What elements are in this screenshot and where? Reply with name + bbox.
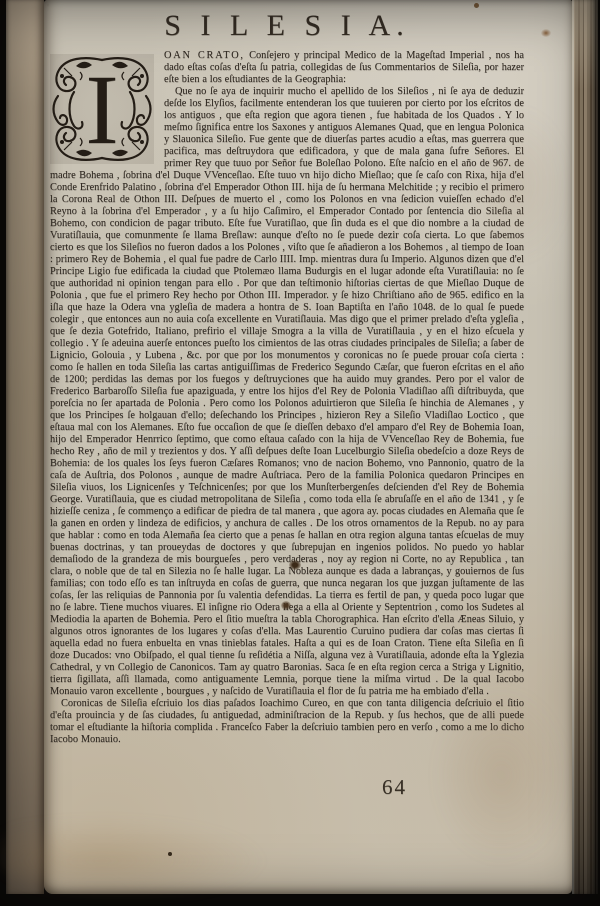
book-photo: S I L E S I A. (0, 0, 600, 906)
chronicles-paragraph: Coronicas de Sileſia eſcriuio los dias p… (50, 698, 524, 746)
book-page: S I L E S I A. (44, 0, 572, 894)
book-fore-edge (572, 0, 598, 894)
body-text: I OAN CRATO, Conſejero y principal Medic… (50, 50, 524, 746)
intro-lead: OAN CRATO, (164, 50, 245, 61)
drop-cap-foliage: I (50, 54, 154, 164)
drop-cap: I (50, 54, 154, 164)
page-number: 64 (382, 775, 407, 800)
main-paragraph: Que no ſe aya de inquirir mucho el apell… (50, 86, 524, 698)
drop-cap-letter: I (85, 54, 118, 164)
page-title: S I L E S I A. (50, 9, 524, 43)
book-gutter-strip (6, 0, 44, 894)
text-column: S I L E S I A. (50, 0, 524, 746)
